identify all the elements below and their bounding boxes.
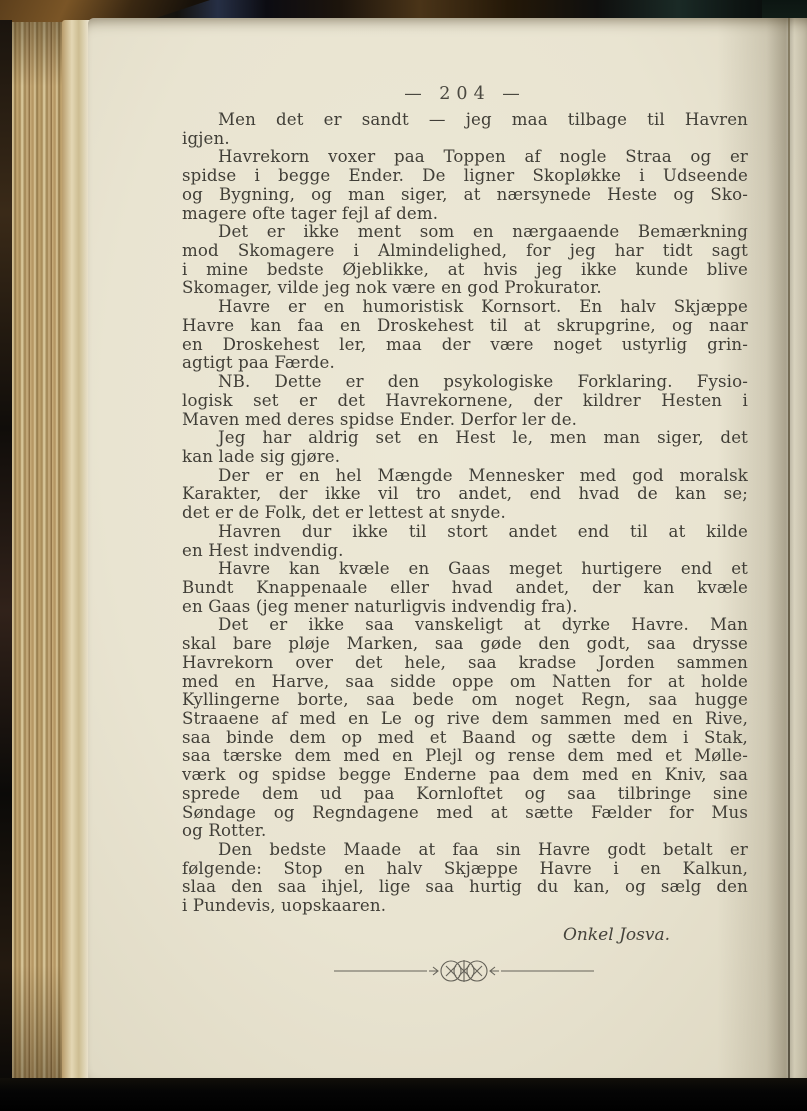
text-line: Karakter, der ikke vil tro andet, end hv… <box>182 485 748 504</box>
text-line: Kyllingerne borte, saa bede om noget Reg… <box>182 691 748 710</box>
text-line: det er de Folk, det er lettest at snyde. <box>182 504 748 523</box>
signature: Onkel Josva. <box>182 925 748 945</box>
book-photo: — 204 — Men det er sandt — jeg maa tilba… <box>0 0 807 1111</box>
divider-ornament <box>334 956 594 986</box>
text-line: en Droskehest ler, maa der være noget us… <box>182 336 748 355</box>
text-line: Havrekorn over det hele, saa kradse Jord… <box>182 654 748 673</box>
page-number: — 204 — <box>182 84 748 104</box>
text-line: agtigt paa Færde. <box>182 354 748 373</box>
text-line: i Pundevis, uopskaaren. <box>182 897 748 916</box>
book-page: — 204 — Men det er sandt — jeg maa tilba… <box>88 18 807 1088</box>
text-line: mod Skomagere i Almindelighed, for jeg h… <box>182 242 748 261</box>
text-line: Men det er sandt — jeg maa tilbage til H… <box>182 111 748 130</box>
text-line: og Rotter. <box>182 822 748 841</box>
text-line: Havren dur ikke til stort andet end til … <box>182 523 748 542</box>
text-line: en Hest indvendig. <box>182 542 748 561</box>
gutter-crease <box>788 18 790 1088</box>
text-line: Søndage og Regndagene med at sætte Fælde… <box>182 804 748 823</box>
top-sheet-edge <box>62 20 90 1090</box>
text-line: Havre kan kvæle en Gaas meget hurtigere … <box>182 560 748 579</box>
text-line: Den bedste Maade at faa sin Havre godt b… <box>182 841 748 860</box>
text-line: logisk set er det Havrekornene, der kild… <box>182 392 748 411</box>
text-line: Det er ikke ment som en nærgaaende Bemær… <box>182 223 748 242</box>
text-line: slaa den saa ihjel, lige saa hurtig du k… <box>182 878 748 897</box>
background-table-bottom <box>0 1078 807 1111</box>
text-line: værk og spidse begge Enderne paa dem med… <box>182 766 748 785</box>
text-line: spidse i begge Ender. De ligner Skopløkk… <box>182 167 748 186</box>
text-line: og Bygning, og man siger, at nærsynede H… <box>182 186 748 205</box>
text-line: Bundt Knappenaale eller hvad andet, der … <box>182 579 748 598</box>
body-text: Men det er sandt — jeg maa tilbage til H… <box>182 111 748 916</box>
text-line: i mine bedste Øjeblikke, at hvis jeg ikk… <box>182 261 748 280</box>
text-line: NB. Dette er den psykologiske Forklaring… <box>182 373 748 392</box>
text-line: Havre er en humoristisk Kornsort. En hal… <box>182 298 748 317</box>
text-line: Straaene af med en Le og rive dem sammen… <box>182 710 748 729</box>
text-line: saa binde dem op med et Baand og sætte d… <box>182 729 748 748</box>
text-line: følgende: Stop en halv Skjæppe Havre i e… <box>182 860 748 879</box>
text-line: med en Harve, saa sidde oppe om Natten f… <box>182 673 748 692</box>
text-line: Det er ikke saa vanskeligt at dyrke Havr… <box>182 616 748 635</box>
text-line: skal bare pløje Marken, saa gøde den god… <box>182 635 748 654</box>
text-line: Maven med deres spidse Ender. Derfor ler… <box>182 411 748 430</box>
text-line: en Gaas (jeg mener naturligvis indvendig… <box>182 598 748 617</box>
cover-edge-streak <box>0 20 12 1095</box>
text-line: Havrekorn voxer paa Toppen af nogle Stra… <box>182 148 748 167</box>
text-line: sprede dem ud paa Kornloftet og saa tilb… <box>182 785 748 804</box>
page-content: — 204 — Men det er sandt — jeg maa tilba… <box>182 18 748 1088</box>
text-line: kan lade sig gjøre. <box>182 448 748 467</box>
text-line: igjen. <box>182 130 748 149</box>
text-line: Skomager, vilde jeg nok være en god Prok… <box>182 279 748 298</box>
text-line: saa tærske dem med en Plejl og rense dem… <box>182 747 748 766</box>
text-line: magere ofte tager fejl af dem. <box>182 205 748 224</box>
text-line: Jeg har aldrig set en Hest le, men man s… <box>182 429 748 448</box>
text-line: Der er en hel Mængde Mennesker med god m… <box>182 467 748 486</box>
text-line: Havre kan faa en Droskehest til at skrup… <box>182 317 748 336</box>
